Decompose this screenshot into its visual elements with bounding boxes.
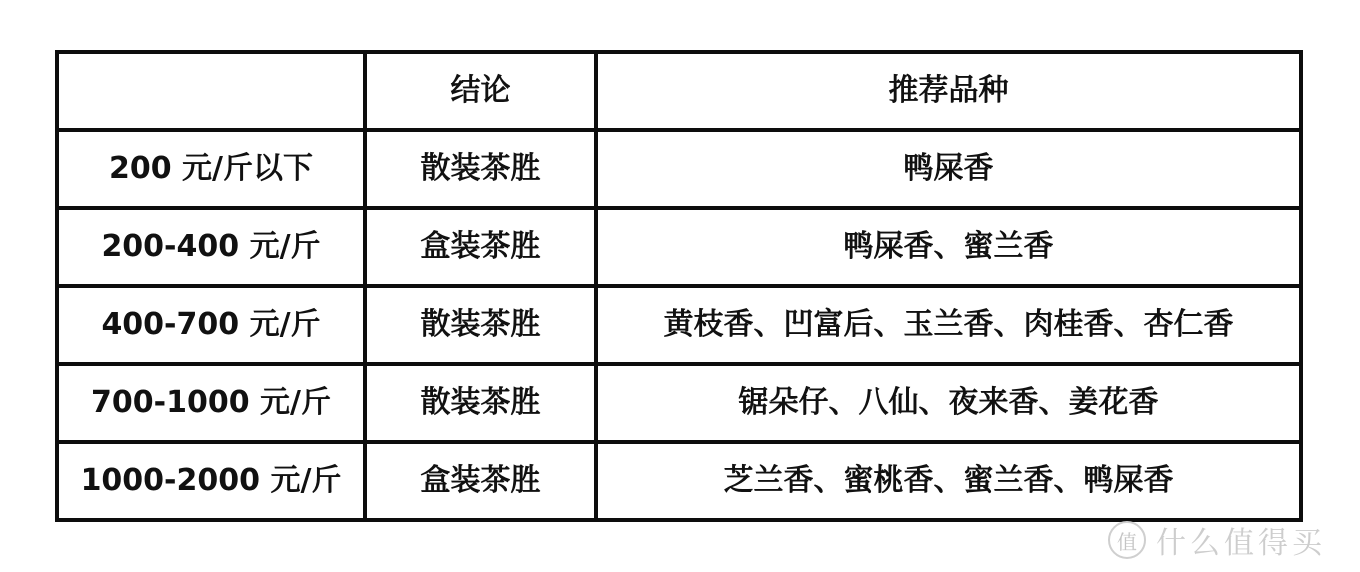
- header-recommended: 推荐品种: [596, 52, 1301, 130]
- price-comparison-table-container: 结论 推荐品种 200 元/斤以下 散装茶胜 鸭屎香 200-400 元/斤 盒…: [55, 50, 1299, 519]
- cell-price-range: 200 元/斤以下: [57, 130, 365, 208]
- cell-conclusion: 散装茶胜: [365, 364, 596, 442]
- header-price-range: [57, 52, 365, 130]
- cell-recommended: 黄枝香、凹富后、玉兰香、肉桂香、杏仁香: [596, 286, 1301, 364]
- table-row: 1000-2000 元/斤 盒装茶胜 芝兰香、蜜桃香、蜜兰香、鸭屎香: [57, 442, 1301, 520]
- table-row: 400-700 元/斤 散装茶胜 黄枝香、凹富后、玉兰香、肉桂香、杏仁香: [57, 286, 1301, 364]
- table-row: 200 元/斤以下 散装茶胜 鸭屎香: [57, 130, 1301, 208]
- cell-price-range: 200-400 元/斤: [57, 208, 365, 286]
- cell-recommended: 锯朵仔、八仙、夜来香、姜花香: [596, 364, 1301, 442]
- watermark: 值 什么值得买: [1108, 518, 1326, 562]
- watermark-logo-icon: 值: [1108, 521, 1146, 559]
- header-conclusion: 结论: [365, 52, 596, 130]
- price-comparison-table: 结论 推荐品种 200 元/斤以下 散装茶胜 鸭屎香 200-400 元/斤 盒…: [55, 50, 1303, 522]
- cell-price-range: 1000-2000 元/斤: [57, 442, 365, 520]
- cell-conclusion: 散装茶胜: [365, 286, 596, 364]
- cell-recommended: 鸭屎香: [596, 130, 1301, 208]
- cell-conclusion: 盒装茶胜: [365, 442, 596, 520]
- cell-conclusion: 盒装茶胜: [365, 208, 596, 286]
- cell-recommended: 鸭屎香、蜜兰香: [596, 208, 1301, 286]
- table-header-row: 结论 推荐品种: [57, 52, 1301, 130]
- cell-price-range: 700-1000 元/斤: [57, 364, 365, 442]
- table-row: 700-1000 元/斤 散装茶胜 锯朵仔、八仙、夜来香、姜花香: [57, 364, 1301, 442]
- watermark-text: 什么值得买: [1156, 518, 1326, 562]
- cell-recommended: 芝兰香、蜜桃香、蜜兰香、鸭屎香: [596, 442, 1301, 520]
- cell-conclusion: 散装茶胜: [365, 130, 596, 208]
- cell-price-range: 400-700 元/斤: [57, 286, 365, 364]
- table-row: 200-400 元/斤 盒装茶胜 鸭屎香、蜜兰香: [57, 208, 1301, 286]
